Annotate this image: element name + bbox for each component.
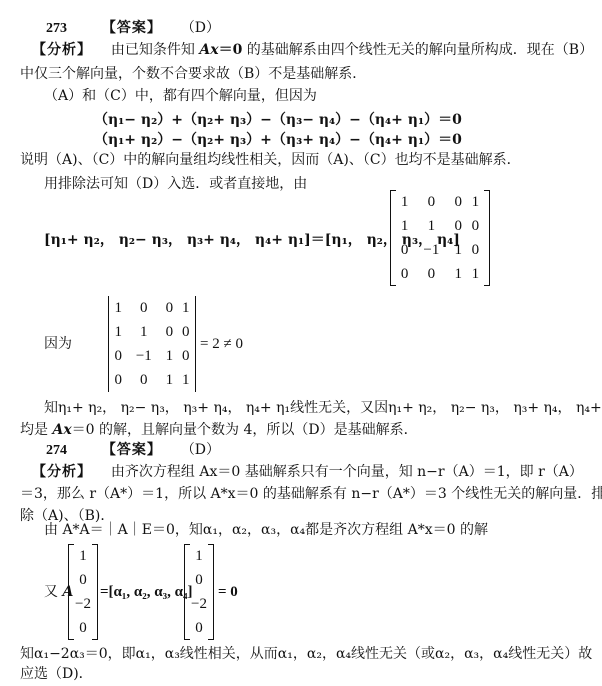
text: 均是 bbox=[20, 422, 52, 438]
cell: 0 bbox=[396, 262, 413, 286]
analysis-273-line-4: 说明（A)、（C）中的解向量组均线性相关，因而（A)、（C）也均不是基础解系． bbox=[20, 150, 521, 170]
cell: 1 bbox=[161, 344, 177, 368]
cell: 0 bbox=[413, 190, 450, 214]
cell: 0 bbox=[178, 320, 194, 344]
analysis-274-line-1: 【分析】 由齐次方程组 Ax＝0 基础解系只有一个向量，知 n−r（A）＝1，即… bbox=[32, 462, 583, 482]
cell: −1 bbox=[126, 344, 161, 368]
equation-1: （η₁− η₂）+（η₂+ η₃）−（η₃− η₄）−（η₄+ η₁）＝0 bbox=[94, 110, 462, 130]
cell: 1 bbox=[467, 262, 484, 286]
analysis-273-line-2: 中仅三个解向量，个数不合要求故（B）不是基础解系． bbox=[20, 64, 366, 84]
analysis-273-line-3: （A）和（C）中，都有四个解向量，但因为 bbox=[44, 86, 317, 106]
text: 由已知条件知 bbox=[111, 42, 199, 58]
right-bar bbox=[195, 296, 196, 392]
text: ＝0 的解，且解向量个数为 4，所以（D）是基础解系． bbox=[72, 422, 418, 438]
cell: 0 bbox=[72, 568, 94, 592]
cell: 1 bbox=[72, 544, 94, 568]
analysis-274-line-6: 知α₁−2α₃＝0，即α₁，α₃线性相关，从而α₁，α₂，α₄线性无关（或α₂，… bbox=[20, 644, 592, 664]
cell: 0 bbox=[467, 238, 484, 262]
transition-matrix: 1001 1100 0−110 0011 bbox=[390, 190, 490, 286]
cell: 1 bbox=[161, 368, 177, 392]
cell: 0 bbox=[161, 320, 177, 344]
math: ＝0 bbox=[219, 42, 243, 58]
text: 由齐次方程组 Ax＝0 基础解系只有一个向量，知 n−r（A）＝1，即 r（A） bbox=[111, 464, 583, 480]
text: 的基础解系由四个线性无关的解向量所构成．现在（B） bbox=[242, 42, 593, 58]
cell: 0 bbox=[467, 214, 484, 238]
cell: 0 bbox=[126, 368, 161, 392]
cell: 1 bbox=[396, 190, 413, 214]
analysis-274-line-4: 由 A*A＝｜A｜E＝0，知α₁，α₂，α₃，α₄都是齐次方程组 A*x＝0 的… bbox=[44, 520, 488, 540]
problem-number: 274 bbox=[46, 443, 67, 458]
cell: 0 bbox=[450, 214, 467, 238]
cell: 0 bbox=[413, 262, 450, 286]
analysis-274-line-2: ＝3，那么 r（A*）＝1，所以 A*x＝0 的基础解系有 n−r（A*）＝3 … bbox=[20, 484, 602, 504]
cell: 1 bbox=[450, 238, 467, 262]
cell: 1 bbox=[450, 262, 467, 286]
cell: 1 bbox=[396, 214, 413, 238]
equation-2: （η₁+ η₂）−（η₂+ η₃）+（η₃+ η₄）−（η₄+ η₁）＝0 bbox=[94, 130, 462, 150]
problem-273-header: 273 【答案】 （D） bbox=[46, 18, 220, 39]
cell: 0 bbox=[161, 296, 177, 320]
answer-value: （D） bbox=[181, 20, 220, 36]
analysis-274-line-7: 应选（D)． bbox=[20, 664, 93, 684]
cell: 0 bbox=[188, 616, 210, 640]
equals-zero: = 0 bbox=[218, 582, 238, 602]
determinant: 1001 1100 0−110 0011 bbox=[108, 296, 196, 392]
analysis-label: 【分析】 bbox=[32, 464, 92, 480]
answer-value: （D） bbox=[181, 442, 220, 458]
cell: 0 bbox=[126, 296, 161, 320]
analysis-273-line-6: 知η₁+ η₂， η₂− η₃， η₃+ η₄， η₄+ η₁线性无关，又因η₁… bbox=[44, 398, 602, 418]
math: Ax bbox=[52, 422, 71, 438]
analysis-label: 【分析】 bbox=[32, 42, 92, 58]
cell: 1 bbox=[178, 368, 194, 392]
alpha-matrix: =[α₁, α₂, α₃, α₄] bbox=[100, 582, 193, 602]
cell: −2 bbox=[72, 592, 94, 616]
left-bar bbox=[108, 296, 109, 392]
determinant-result: = 2 ≠ 0 bbox=[200, 334, 243, 354]
cell: 1 bbox=[110, 296, 126, 320]
cell: 1 bbox=[467, 190, 484, 214]
cell: 0 bbox=[72, 616, 94, 640]
cell: 1 bbox=[126, 320, 161, 344]
cell: 0 bbox=[110, 344, 126, 368]
analysis-273-line-1: 【分析】 由已知条件知 Ax＝0 的基础解系由四个线性无关的解向量所构成．现在（… bbox=[32, 40, 593, 60]
math: Ax bbox=[199, 42, 218, 58]
answer-label: 【答案】 bbox=[102, 442, 162, 458]
cell: −2 bbox=[188, 592, 210, 616]
cell: 0 bbox=[178, 344, 194, 368]
cell: 0 bbox=[450, 190, 467, 214]
cell: 0 bbox=[188, 568, 210, 592]
cell: 1 bbox=[188, 544, 210, 568]
cell: −1 bbox=[413, 238, 450, 262]
vector-right: 1 0 −2 0 bbox=[184, 544, 214, 640]
cell: 1 bbox=[413, 214, 450, 238]
cell: 0 bbox=[396, 238, 413, 262]
right-bracket bbox=[484, 190, 490, 286]
vector-left: 1 0 −2 0 bbox=[68, 544, 98, 640]
answer-label: 【答案】 bbox=[102, 20, 162, 36]
problem-274-header: 274 【答案】 （D） bbox=[46, 440, 220, 461]
analysis-273-line-7: 均是 Ax＝0 的解，且解向量个数为 4，所以（D）是基础解系． bbox=[20, 420, 418, 440]
because-label: 因为 bbox=[44, 334, 72, 354]
cell: 1 bbox=[110, 320, 126, 344]
cell: 1 bbox=[178, 296, 194, 320]
analysis-273-line-5: 用排除法可知（D）入选．或者直接地，由 bbox=[44, 174, 307, 194]
problem-number: 273 bbox=[46, 21, 67, 36]
cell: 0 bbox=[110, 368, 126, 392]
text: 又 bbox=[44, 584, 62, 600]
